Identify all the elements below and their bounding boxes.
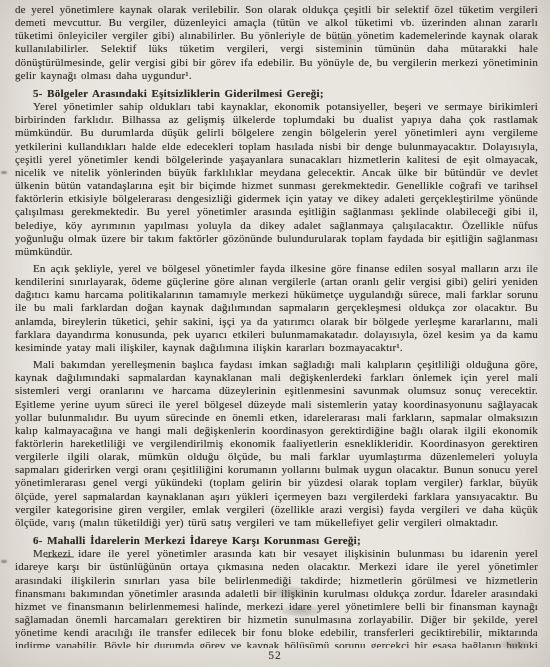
paragraph-fiscal-decentralization: Mali bakımdan yerelleşmenin başlıca fayd…: [15, 359, 538, 530]
section-heading-6: 6- Mahalli İdarelerin Merkezi İdareye Ka…: [15, 535, 538, 548]
document-page: de yerel yönetimlere kaynak olarak veril…: [0, 0, 550, 667]
page-number: 52: [0, 650, 550, 662]
scan-speck: [1, 560, 7, 563]
page-content: de yerel yönetimlere kaynak olarak veril…: [15, 4, 538, 648]
section-heading-5: 5- Bölgeler Arasındaki Eşitsizliklerin G…: [15, 88, 538, 101]
scan-speck: [1, 171, 7, 174]
paragraph-fiscal-differences: En açık şekliyle, yerel ve bölgesel yöne…: [15, 263, 538, 355]
body-paragraph-continuation: de yerel yönetimlere kaynak olarak veril…: [15, 4, 538, 83]
paragraph-central-local-protection: Merkezi idare ile yerel yönetimler arası…: [15, 548, 538, 648]
paragraph-regional-equality: Yerel yönetimler sahip oldukları tabi ka…: [15, 101, 538, 259]
